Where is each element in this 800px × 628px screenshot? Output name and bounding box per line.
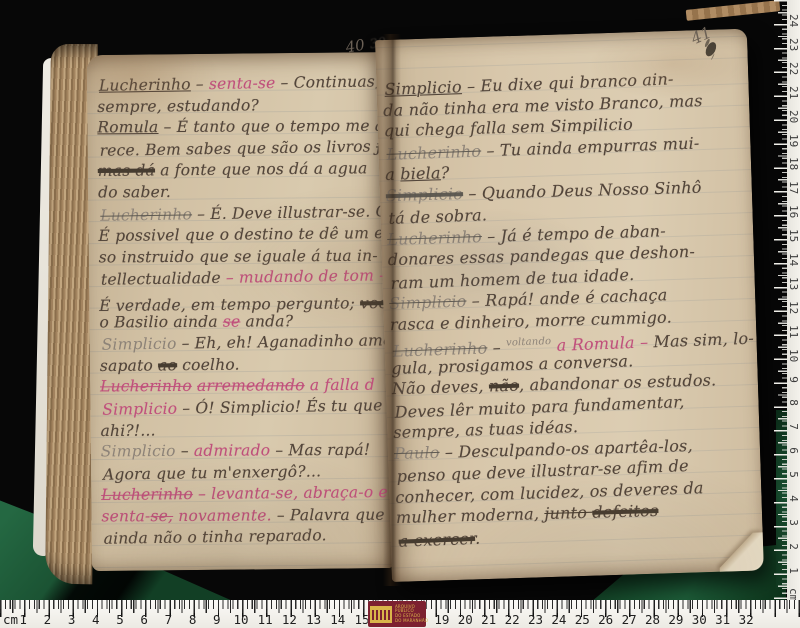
manuscript-segment: arremedando	[197, 376, 305, 395]
manuscript-line: Romula – É tanto que o tempo me appa-	[97, 116, 387, 139]
manuscript-segment: a falla d	[305, 376, 375, 394]
manuscript-segment: ?	[440, 163, 449, 182]
folio-left-value: 40	[345, 36, 367, 57]
ruler-number: 19	[434, 612, 449, 627]
manuscript-segment: Mas sim, lo-	[648, 329, 754, 352]
manuscript-line: Simplicio – admirado – Mas rapá!	[101, 440, 391, 463]
ruler-number: 27	[622, 612, 637, 627]
archive-logo-text-line: DO MARANHÃO	[395, 619, 428, 624]
ruler-number: 29	[668, 612, 683, 627]
horizontal-ruler: cm 1234567891011121314151819202122232425…	[0, 600, 800, 628]
ruler-number: 14	[787, 253, 800, 266]
manuscript-segment: se	[223, 312, 241, 330]
ruler-number: 11	[787, 325, 800, 338]
manuscript-segment: Lucherinho	[100, 377, 192, 396]
ruler-number: 28	[645, 612, 660, 627]
manuscript-line: Lucherinho – É. Deve illustrar-se. Certo…	[100, 201, 390, 227]
manuscript-segment: mulher moderna,	[396, 504, 545, 527]
manuscript-segment: –	[176, 442, 194, 460]
manuscript-line: do saber.	[98, 181, 388, 204]
manuscript-segment: o Basilio ainda	[99, 312, 223, 331]
manuscript-line: ahi?!...	[100, 418, 390, 443]
ruler-number: 20	[787, 110, 800, 123]
manuscript-segment: – Ó! Simplicio! És tu que es-	[177, 396, 411, 418]
manuscript-line: Lucherinho – senta-se – Continuas, mas	[99, 71, 389, 97]
manuscript-line: Simplicio – Ó! Simplicio! És tu que es-	[102, 395, 392, 421]
ruler-number: 10	[233, 612, 248, 627]
ruler-number: 7	[787, 420, 800, 433]
manuscript-segment: admirado	[194, 441, 270, 459]
ruler-number: 3	[68, 612, 76, 627]
ruler-number: 18	[787, 157, 800, 170]
manuscript-segment: a exercer	[398, 528, 475, 550]
ruler-number: 5	[116, 612, 124, 627]
ruler-number: 14	[330, 612, 345, 627]
manuscript-segment: anda?	[240, 312, 293, 330]
manuscript-segment: – Continuas,	[275, 72, 385, 92]
ruler-number: 7	[165, 612, 173, 627]
ruler-number: 4	[787, 492, 800, 505]
ruler-number: 24	[551, 612, 566, 627]
manuscript-segment: – mudando de tom –	[226, 267, 388, 288]
manuscript-segment: se,	[150, 507, 173, 525]
manuscript-segment: junto	[544, 503, 592, 523]
ruler-number: 21	[787, 86, 800, 99]
manuscript-segment: É possivel que o destino te dê um es-	[98, 224, 397, 245]
manuscript-segment: –	[487, 338, 506, 358]
manuscript-segment: ahi?!...	[100, 421, 155, 440]
manuscript-segment: rece. Bem sabes que são os livros	[99, 137, 376, 159]
ruler-number: 17	[787, 181, 800, 194]
manuscript-line: Lucherinho – levanta-se, abraça-o e o de…	[101, 482, 391, 507]
ruler-number: 2	[787, 540, 800, 553]
manuscript-segment: voltando	[506, 336, 552, 349]
manuscript-segment: senta-	[101, 507, 150, 525]
ruler-number: 31	[715, 612, 730, 627]
archive-logo-text: ARQUIVOPÚBLICODO ESTADODO MARANHÃO	[395, 605, 428, 623]
manuscript-line: sempre, estudando?	[97, 94, 387, 119]
ruler-number: 13	[306, 612, 321, 627]
open-notebook: 4030 Lucherinho – senta-se – Continuas, …	[0, 0, 800, 628]
ruler-number: 15	[787, 229, 800, 242]
manuscript-line: Agora que tu m'enxergô?...	[103, 460, 393, 486]
manuscript-segment: ainda não o tinha reparado.	[104, 527, 327, 549]
manuscript-segment: Não deves,	[392, 376, 490, 398]
manuscript-segment: coelho.	[177, 355, 240, 374]
folded-corner	[719, 532, 764, 571]
manuscript-segment: senta-se	[209, 74, 276, 93]
ruler-number: 23	[528, 612, 543, 627]
manuscript-segment: não	[489, 376, 520, 396]
ruler-number: 22	[505, 612, 520, 627]
manuscript-segment: Lucherinho	[101, 485, 193, 504]
manuscript-segment: Simplicio	[101, 442, 176, 460]
ruler-number: 3	[787, 516, 800, 529]
top-page-edge	[686, 0, 781, 21]
ruler-number: 26	[598, 612, 613, 627]
manuscript-segment: – Mas rapá!	[270, 441, 370, 460]
ruler-number: 21	[481, 612, 496, 627]
manuscript-segment: tá de sobra.	[388, 205, 487, 228]
ruler-number: 6	[787, 444, 800, 457]
manuscript-line: ainda não o tinha reparado.	[104, 525, 394, 551]
ruler-number: 25	[575, 612, 590, 627]
manuscript-segment: defeitos	[592, 501, 659, 522]
ruler-number: 23	[787, 38, 800, 51]
manuscript-segment: Lucherinho	[100, 205, 192, 224]
manuscript-segment: a fonte que nos dá a agua	[155, 160, 368, 180]
manuscript-segment: Simplicio	[102, 335, 177, 354]
ruler-number: 8	[787, 396, 800, 409]
ruler-number: 32	[739, 612, 754, 627]
ruler-number: 4	[92, 612, 100, 627]
manuscript-segment: Romula	[97, 118, 158, 136]
ruler-number: 12	[787, 301, 800, 314]
manuscript-line: rece. Bem sabes que são os livros já	[99, 136, 389, 162]
ruler-number: 12	[282, 612, 297, 627]
photo-scene: 4030 Lucherinho – senta-se – Continuas, …	[0, 0, 800, 628]
building-icon	[370, 606, 392, 623]
ruler-number: 5	[787, 468, 800, 481]
manuscript-segment: –	[191, 75, 209, 93]
manuscript-segment: Agora que tu m'enxergô?...	[103, 462, 321, 483]
ruler-number: 20	[458, 612, 473, 627]
manuscript-segment: sempre, estudando?	[97, 96, 259, 116]
ruler-number: 10	[787, 349, 800, 362]
manuscript-segment: .	[475, 528, 481, 547]
manuscript-segment: sapato	[100, 356, 158, 375]
manuscript-line: mas dá a fonte que nos dá a agua	[98, 158, 388, 183]
manuscript-line: sapato ao coelho.	[100, 353, 390, 378]
book-gutter	[383, 34, 401, 586]
manuscript-segment: mas dá	[98, 162, 155, 181]
manuscript-segment: a Romula –	[556, 332, 648, 354]
ruler-number: 30	[692, 612, 707, 627]
manuscript-line: Lucherinho arremedando a falla d	[100, 375, 390, 398]
manuscript-line: É verdade, em tempo pergunto; você tu	[99, 288, 389, 313]
manuscript-text-left: Lucherinho – senta-se – Continuas, masse…	[97, 72, 392, 550]
manuscript-segment: – Eh, eh! Aganadinho amo o	[176, 331, 407, 353]
manuscript-segment: ao	[158, 356, 177, 374]
manuscript-segment: do saber.	[98, 183, 171, 201]
ruler-number: 19	[787, 134, 800, 147]
ruler-number: 9	[787, 373, 800, 386]
ruler-number: 16	[787, 205, 800, 218]
manuscript-segment: biela	[400, 163, 441, 183]
notebook-page-right: 41 Simplicio – Eu dixe qui branco ain-da…	[375, 29, 764, 582]
ruler-number: 8	[189, 612, 197, 627]
manuscript-segment: Lucherinho	[387, 227, 482, 249]
ruler-number: 2	[44, 612, 52, 627]
ruler-number: 1	[19, 612, 27, 627]
manuscript-line: É possivel que o destino te dê um es-	[98, 223, 388, 248]
manuscript-segment: – Palavra que	[272, 506, 385, 525]
manuscript-segment: Simplicio	[102, 400, 177, 419]
ruler-number: cm	[787, 588, 800, 601]
manuscript-segment: Lucherinho	[99, 75, 191, 94]
notebook-page-left: 4030 Lucherinho – senta-se – Continuas, …	[87, 52, 392, 571]
ruler-number: 22	[787, 62, 800, 75]
archive-photo-page: { "manuscript": { "left_page": { "folio"…	[0, 0, 800, 628]
manuscript-segment: novamente.	[173, 506, 272, 525]
ruler-unit-label: cm	[3, 612, 18, 627]
manuscript-segment: Lucherinho	[392, 338, 487, 360]
ruler-number: 9	[213, 612, 221, 627]
ruler-number: 24	[787, 14, 800, 27]
manuscript-segment: so instruido que se iguale á tua in-	[99, 246, 378, 266]
manuscript-text-right: Simplicio – Eu dixe qui branco ain-da nã…	[382, 67, 763, 551]
ruler-number: 1	[787, 564, 800, 577]
ruler-number: 11	[258, 612, 273, 627]
vertical-ruler: 242322212019181716151413121110987654321c…	[774, 0, 800, 601]
ruler-number: 13	[787, 277, 800, 290]
ruler-number: 6	[140, 612, 148, 627]
manuscript-segment: tellectualidade	[101, 269, 226, 289]
archive-logo: ARQUIVOPÚBLICODO ESTADODO MARANHÃO	[368, 601, 426, 627]
